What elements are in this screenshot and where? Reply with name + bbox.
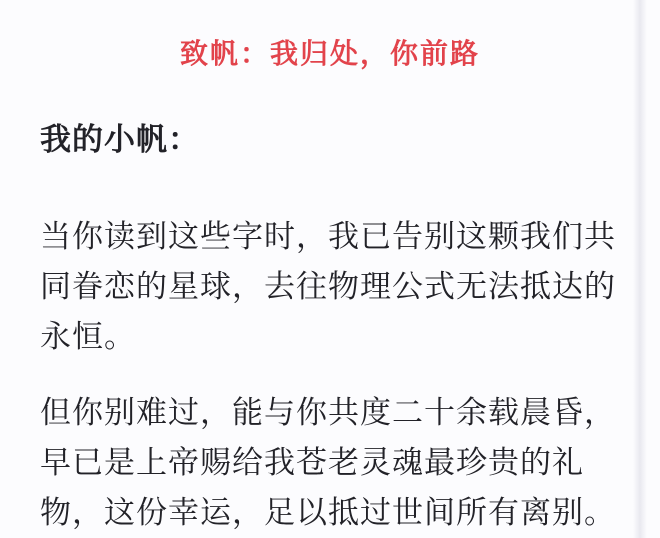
paragraph-2-line-3: 物，这份幸运，足以抵过世间所有离别。	[40, 488, 620, 538]
paragraph-1-line-1: 当你读到这些字时，我已告别这颗我们共	[40, 212, 620, 262]
letter-paragraph-2: 但你别难过，能与你共度二十余载晨昏， 早已是上帝赐给我苍老灵魂最珍贵的礼 物，这…	[40, 388, 620, 538]
paragraph-1-line-2: 同眷恋的星球，去往物理公式无法抵达的	[40, 262, 620, 312]
paragraph-2-line-1: 但你别难过，能与你共度二十余载晨昏，	[40, 388, 620, 438]
letter-salutation: 我的小帆：	[40, 120, 620, 160]
letter-title: 致帆：我归处，你前路	[40, 36, 620, 72]
letter-page: 致帆：我归处，你前路 我的小帆： 当你读到这些字时，我已告别这颗我们共 同眷恋的…	[0, 0, 660, 538]
letter-paragraph-1: 当你读到这些字时，我已告别这颗我们共 同眷恋的星球，去往物理公式无法抵达的 永恒…	[40, 212, 620, 362]
page-right-edge-shadow	[633, 0, 647, 538]
paragraph-1-line-3: 永恒。	[40, 312, 620, 362]
paragraph-2-line-2: 早已是上帝赐给我苍老灵魂最珍贵的礼	[40, 438, 620, 488]
